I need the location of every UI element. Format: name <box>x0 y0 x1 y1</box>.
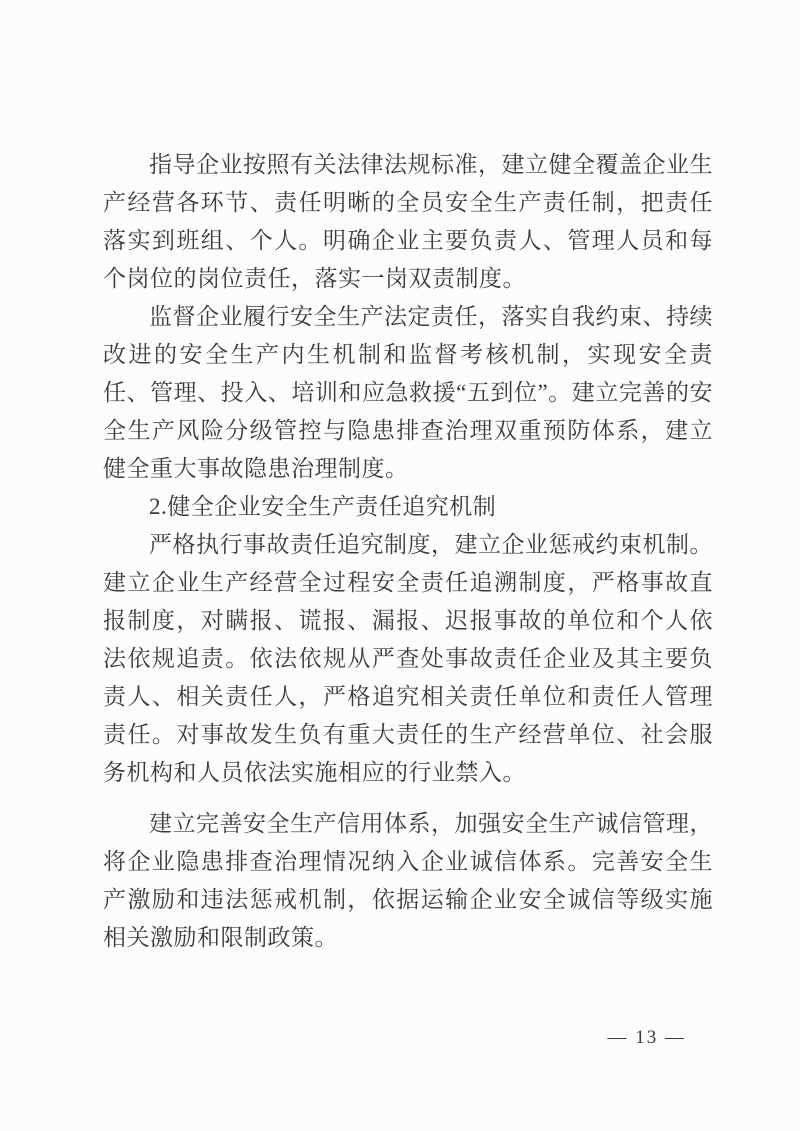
document-page: 指导企业按照有关法律法规标准，建立健全覆盖企业生产经营各环节、责任明晰的全员安全… <box>0 0 800 1131</box>
page-footer: — 13 — <box>608 1027 687 1049</box>
paragraph: 监督企业履行安全生产法定责任，落实自我约束、持续改进的安全生产内生机制和监督考核… <box>103 298 713 488</box>
section-heading: 2.健全企业安全生产责任追究机制 <box>103 488 713 526</box>
paragraph: 建立完善安全生产信用体系，加强安全生产诚信管理，将企业隐患排查治理情况纳入企业诚… <box>103 805 713 957</box>
paragraph: 指导企业按照有关法律法规标准，建立健全覆盖企业生产经营各环节、责任明晰的全员安全… <box>103 146 713 298</box>
paragraph: 严格执行事故责任追究制度，建立企业惩戒约束机制。建立企业生产经营全过程安全责任追… <box>103 526 713 792</box>
document-body: 指导企业按照有关法律法规标准，建立健全覆盖企业生产经营各环节、责任明晰的全员安全… <box>103 146 713 957</box>
page-number: — 13 — <box>608 1027 687 1048</box>
